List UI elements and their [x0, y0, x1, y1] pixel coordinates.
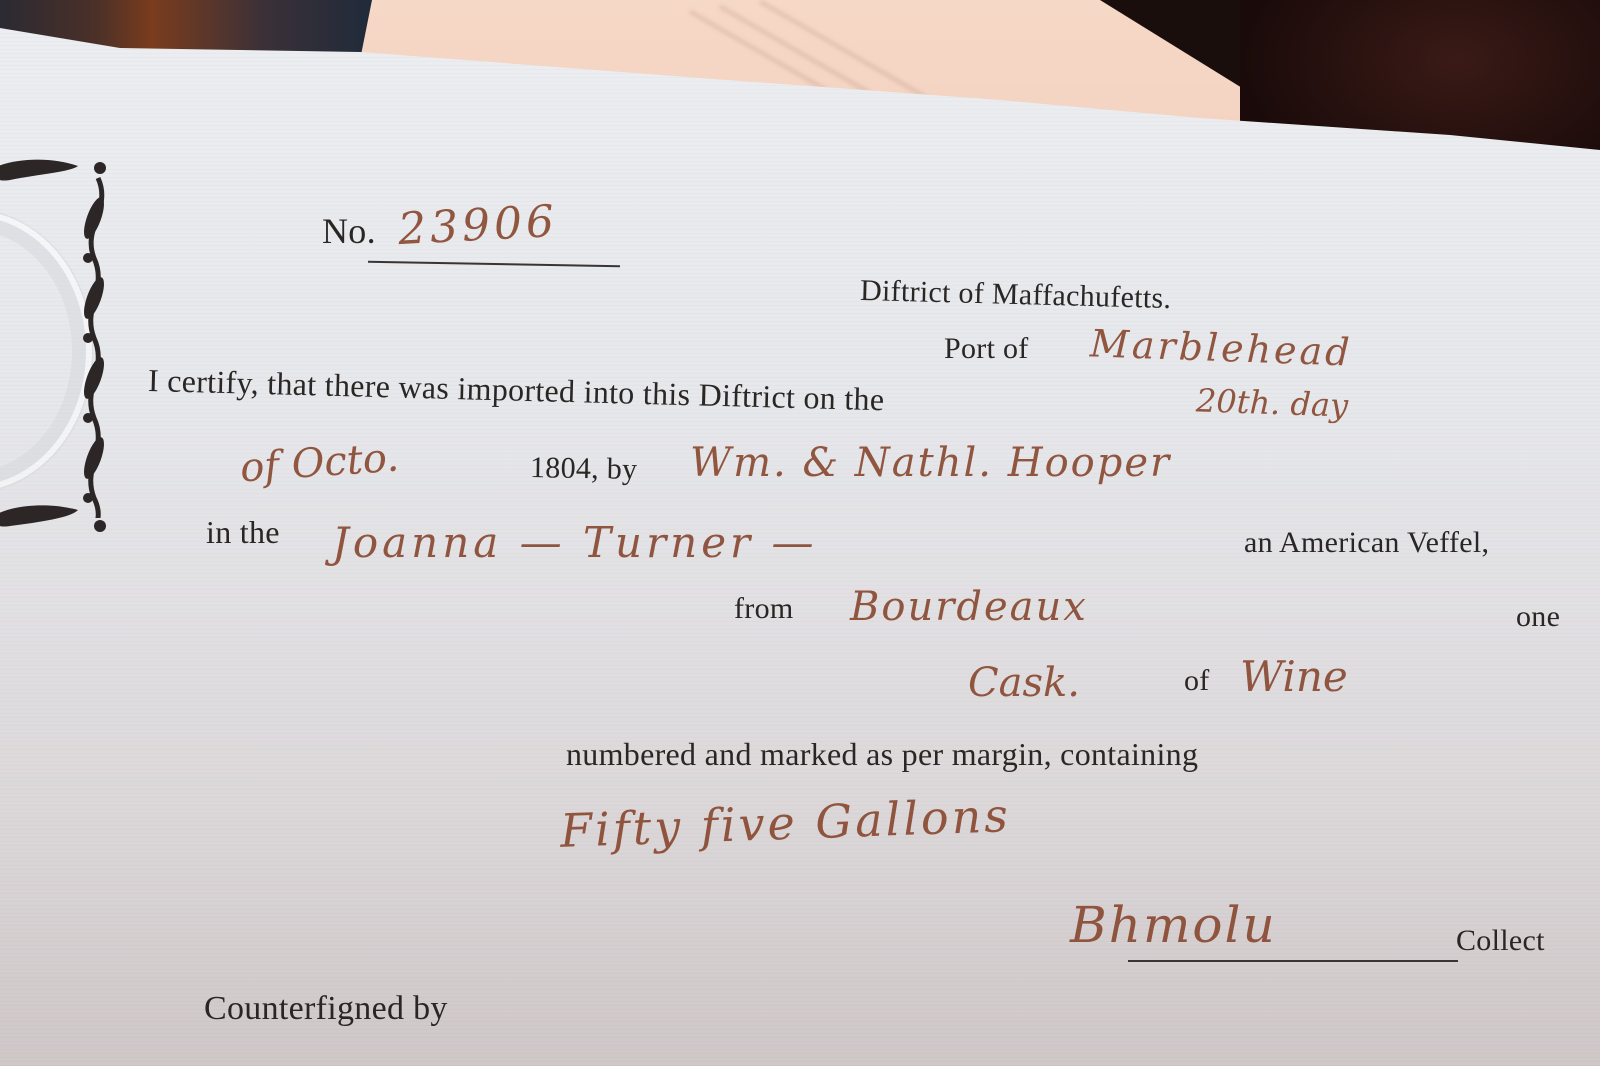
package-value: Cask.	[968, 660, 1080, 706]
port-label: Port of	[944, 332, 1029, 366]
certificate-paper: No. 23906 Diftrict of Maffachufetts. Por…	[0, 0, 1600, 1066]
origin-value: Bourdeaux	[850, 584, 1088, 630]
from-label: from	[734, 592, 794, 626]
day-value: 20th. day	[1195, 381, 1348, 424]
collector-signature: Bhmolu	[1070, 896, 1277, 954]
number-underline	[368, 261, 620, 267]
number-label: No.	[322, 210, 376, 252]
vessel-type-label: an American Veffel,	[1244, 526, 1489, 560]
vessel-name-value: Joanna — Turner —	[332, 518, 817, 567]
numbered-statement: numbered and marked as per margin, conta…	[566, 736, 1198, 773]
contents-value: Fifty five Gallons	[559, 788, 1011, 858]
year-by-label: 1804, by	[530, 451, 638, 487]
in-the-label: in the	[206, 514, 280, 551]
of-label: of	[1184, 664, 1210, 698]
district-heading: Diftrict of Maffachufetts.	[860, 274, 1172, 316]
ornamental-border-icon	[0, 158, 118, 538]
port-value: Marblehead	[1089, 321, 1353, 374]
goods-value: Wine	[1240, 652, 1348, 701]
certify-statement: I certify, that there was imported into …	[148, 362, 885, 418]
importer-value: Wm. & Nathl. Hooper	[690, 440, 1171, 486]
countersigned-label: Counterfigned by	[204, 990, 448, 1028]
signature-line	[1128, 960, 1458, 962]
quantity-label: one	[1516, 600, 1560, 634]
certificate-number: 23906	[397, 196, 559, 255]
month-value: of Octo.	[239, 435, 401, 492]
collector-label: Collect	[1456, 924, 1545, 958]
